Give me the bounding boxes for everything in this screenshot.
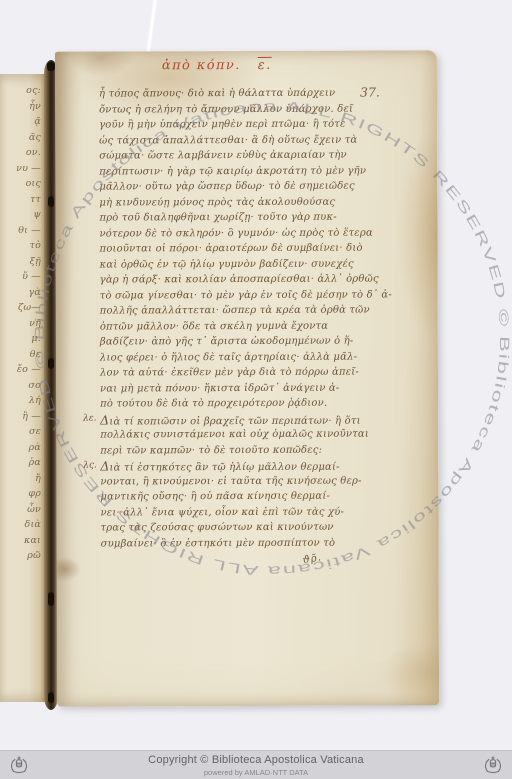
text-line: συμβαίνει· ὃ ἐν ἑστηκότι μὲν προσπίπτον … xyxy=(101,535,371,551)
text-line: γοῦν ἢ μὴν ὑπάρχειν μηθὲν περὶ πτῶμα· ἢ … xyxy=(99,117,369,133)
text-line: μὴ κινδυνεύῃ μόνος πρὸς τὰς ἀκολουθούσας xyxy=(99,194,369,210)
line-fragment: οις xyxy=(16,176,41,192)
line-fragment: νῆ xyxy=(16,316,41,332)
text-line: λον τὰ αὐτά· ἐκεῖθεν μὲν γὰρ διὰ τὸ πόρρ… xyxy=(100,365,370,381)
line-fragment: σε xyxy=(16,424,41,440)
text-line: ἦ τόπος ἄπνους· διὸ καὶ ἡ θάλαττα ὑπάρχε… xyxy=(99,86,369,102)
text-line: πολλῆς ἀπαλλάττεται· ὥσπερ τὰ κρέα τὰ ὀρ… xyxy=(100,303,370,319)
line-fragment: ττ xyxy=(16,192,41,208)
text-line: ὀπτῶν μᾶλλον· ὅδε τὰ σκέλη γυμνὰ ἔχοντα xyxy=(100,318,370,334)
margin-problem-number: λς. xyxy=(83,461,99,471)
line-fragment: γὰ xyxy=(16,285,41,301)
line-fragment: θι — xyxy=(16,223,41,239)
text-line: πὸ τούτου δὲ διὰ τὸ προχειρότερον ῥᾴδιον… xyxy=(100,396,370,412)
end-flourish: ϑρ̃. xyxy=(302,552,323,566)
text-line: λιος φέρει· ὁ ἥλιος δὲ ταῖς ἀρτηρίαις· ἀ… xyxy=(100,349,370,365)
text-line: τρας τὰς ζεούσας φυσώντων καὶ κινούντων xyxy=(100,520,370,536)
line-fragment: ὕ — xyxy=(16,269,41,285)
viewer-background: { "manuscript": { "rubric_header": { "ti… xyxy=(0,0,512,779)
copyright-text: Copyright © Biblioteca Apostolica Vatica… xyxy=(0,754,512,766)
text-line: περὶ τῶν καμπῶν· τὸ δὲ τοιοῦτο κοπῶδες: xyxy=(100,442,370,458)
text-line: σώματα· ὥστε λαμβάνειν εὐθὺς ἀκαριαίαν τ… xyxy=(99,148,369,164)
stitch-knot xyxy=(48,692,54,703)
line-fragment: ἥ xyxy=(16,471,41,487)
text-line: Διὰ τί κοπιῶσιν οἱ βραχεῖς τῶν περιπάτων… xyxy=(100,411,370,427)
line-fragment: ος: xyxy=(16,83,41,99)
footer-bar: Copyright © Biblioteca Apostolica Vatica… xyxy=(0,750,512,779)
line-fragment: ρῶ xyxy=(16,548,41,564)
line-fragment: διὰ xyxy=(16,517,41,533)
vatican-emblem-icon xyxy=(482,754,504,776)
line-fragment: ον. xyxy=(16,145,41,161)
stitch-knot xyxy=(48,592,54,606)
text-block: ἦ τόπος ἄπνους· διὸ καὶ ἡ θάλαττα ὑπάρχε… xyxy=(99,86,371,552)
text-line: νότερον δὲ τὸ σκληρόν· ὃ γυμνόν· ὡς πρὸς… xyxy=(99,225,369,241)
line-fragment: ζω— xyxy=(16,300,41,316)
line-fragment: σο xyxy=(16,378,41,394)
line-fragment: ᾷ xyxy=(16,114,41,130)
line-fragment: ἔο — xyxy=(16,362,41,378)
powered-by-text: powered by AMLAD·NTT DATA xyxy=(0,768,512,777)
line-fragment: ἣ — xyxy=(16,409,41,425)
text-line: μαντικῆς οὔσης· ἢ οὐ πᾶσα κίνησις θερμαί… xyxy=(100,489,370,505)
text-line: πολλάκις συνιστάμενοι καὶ οὐχ ὁμαλῶς κιν… xyxy=(100,427,370,443)
text-line: ποιοῦνται οἱ πόροι· ἀραιοτέρων δὲ συμβαί… xyxy=(100,241,370,257)
line-fragment: νυ — xyxy=(16,161,41,177)
line-fragment: ὧν xyxy=(16,502,41,518)
line-fragment: μ. xyxy=(16,331,41,347)
rubric-title: ἀπὸ κόπν. xyxy=(162,58,241,73)
line-fragment: ῥα xyxy=(16,455,41,471)
facing-page-edge: ος:ἦνᾷᾶςον.νυ —οιςττψθι —τὸξῇὕ —γὰζω—νῆμ… xyxy=(0,74,48,702)
stitch-knot xyxy=(48,196,54,207)
line-fragment: τὸ xyxy=(16,238,41,254)
text-line: ναι μὴ μετὰ πόνου· ἥκιστα ἱδρῶτ᾽ ἀνάγειν… xyxy=(100,380,370,396)
rubric-header: ἀπὸ κόπν.ε. xyxy=(162,58,272,73)
stitch-knot xyxy=(47,62,55,71)
text-line: περίπτωσιν· ἡ γὰρ τῷ καιρίῳ ἀκροτάτη τὸ … xyxy=(99,163,369,179)
text-line: μᾶλλον· οὕτω γὰρ ὥσπερ ὕδωρ· τὸ δὲ σημει… xyxy=(99,179,369,195)
manuscript-page: ἀπὸ κόπν.ε. 37. λε. λς. ἦ τόπος ἄπνους· … xyxy=(55,50,439,706)
line-fragment: ᾶς xyxy=(16,130,41,146)
text-line: νονται, ἢ κινούμενοι· εἰ ταῦτα τῆς κινήσ… xyxy=(100,473,370,489)
text-line: καὶ ὀρθῶς ἐν τῷ ἡλίῳ γυμνὸν βαδίζειν· συ… xyxy=(100,256,370,272)
rubric-book-number: ε. xyxy=(258,58,272,73)
line-fragment: θε xyxy=(16,347,41,363)
text-line: τὸ σῶμα γίνεσθαι· τὸ μὲν γὰρ ἐν τοῖς δὲ … xyxy=(100,287,370,303)
text-line: νει· ἀλλ᾽ ἔνια ψύχει, οἷον καὶ ἐπὶ τῶν τ… xyxy=(100,504,370,520)
line-fragment: ρὰ xyxy=(16,440,41,456)
margin-problem-number: λε. xyxy=(83,414,99,424)
line-fragment: και xyxy=(16,533,41,549)
line-fragment: ψ xyxy=(16,207,41,223)
text-line: βαδίζειν· ἀπὸ γῆς τ᾽ ἄριστα ὠκοδομημένων… xyxy=(100,334,370,350)
text-line: πρὸ τοῦ διαληφθῆναι χωρίζῃ· τοῦτο γὰρ πυ… xyxy=(99,210,369,226)
stitch-knot xyxy=(48,358,54,369)
text-line: ὄντως ἡ σελήνη τὸ ἄπνουν μᾶλλον ὑπάρχον.… xyxy=(99,101,369,117)
text-line: Διὰ τί ἑστηκότες ἂν τῷ ἡλίῳ μᾶλλον θερμα… xyxy=(100,458,370,474)
text-line: ὡς τάχιστα ἀπαλλάττεσθαι· ἃ δὴ οὕτως ἔχε… xyxy=(99,132,369,148)
line-fragment: λή xyxy=(16,393,41,409)
text-line: γὰρ ἡ σάρξ· καὶ κοιλίαν ἀποσπαρίεσθαι· ἀ… xyxy=(100,272,370,288)
facing-page-line-fragments: ος:ἦνᾷᾶςον.νυ —οιςττψθι —τὸξῇὕ —γὰζω—νῆμ… xyxy=(16,83,41,564)
line-fragment: ἦν xyxy=(16,99,41,115)
line-fragment: φρ xyxy=(16,486,41,502)
line-fragment: ξῇ xyxy=(16,254,41,270)
